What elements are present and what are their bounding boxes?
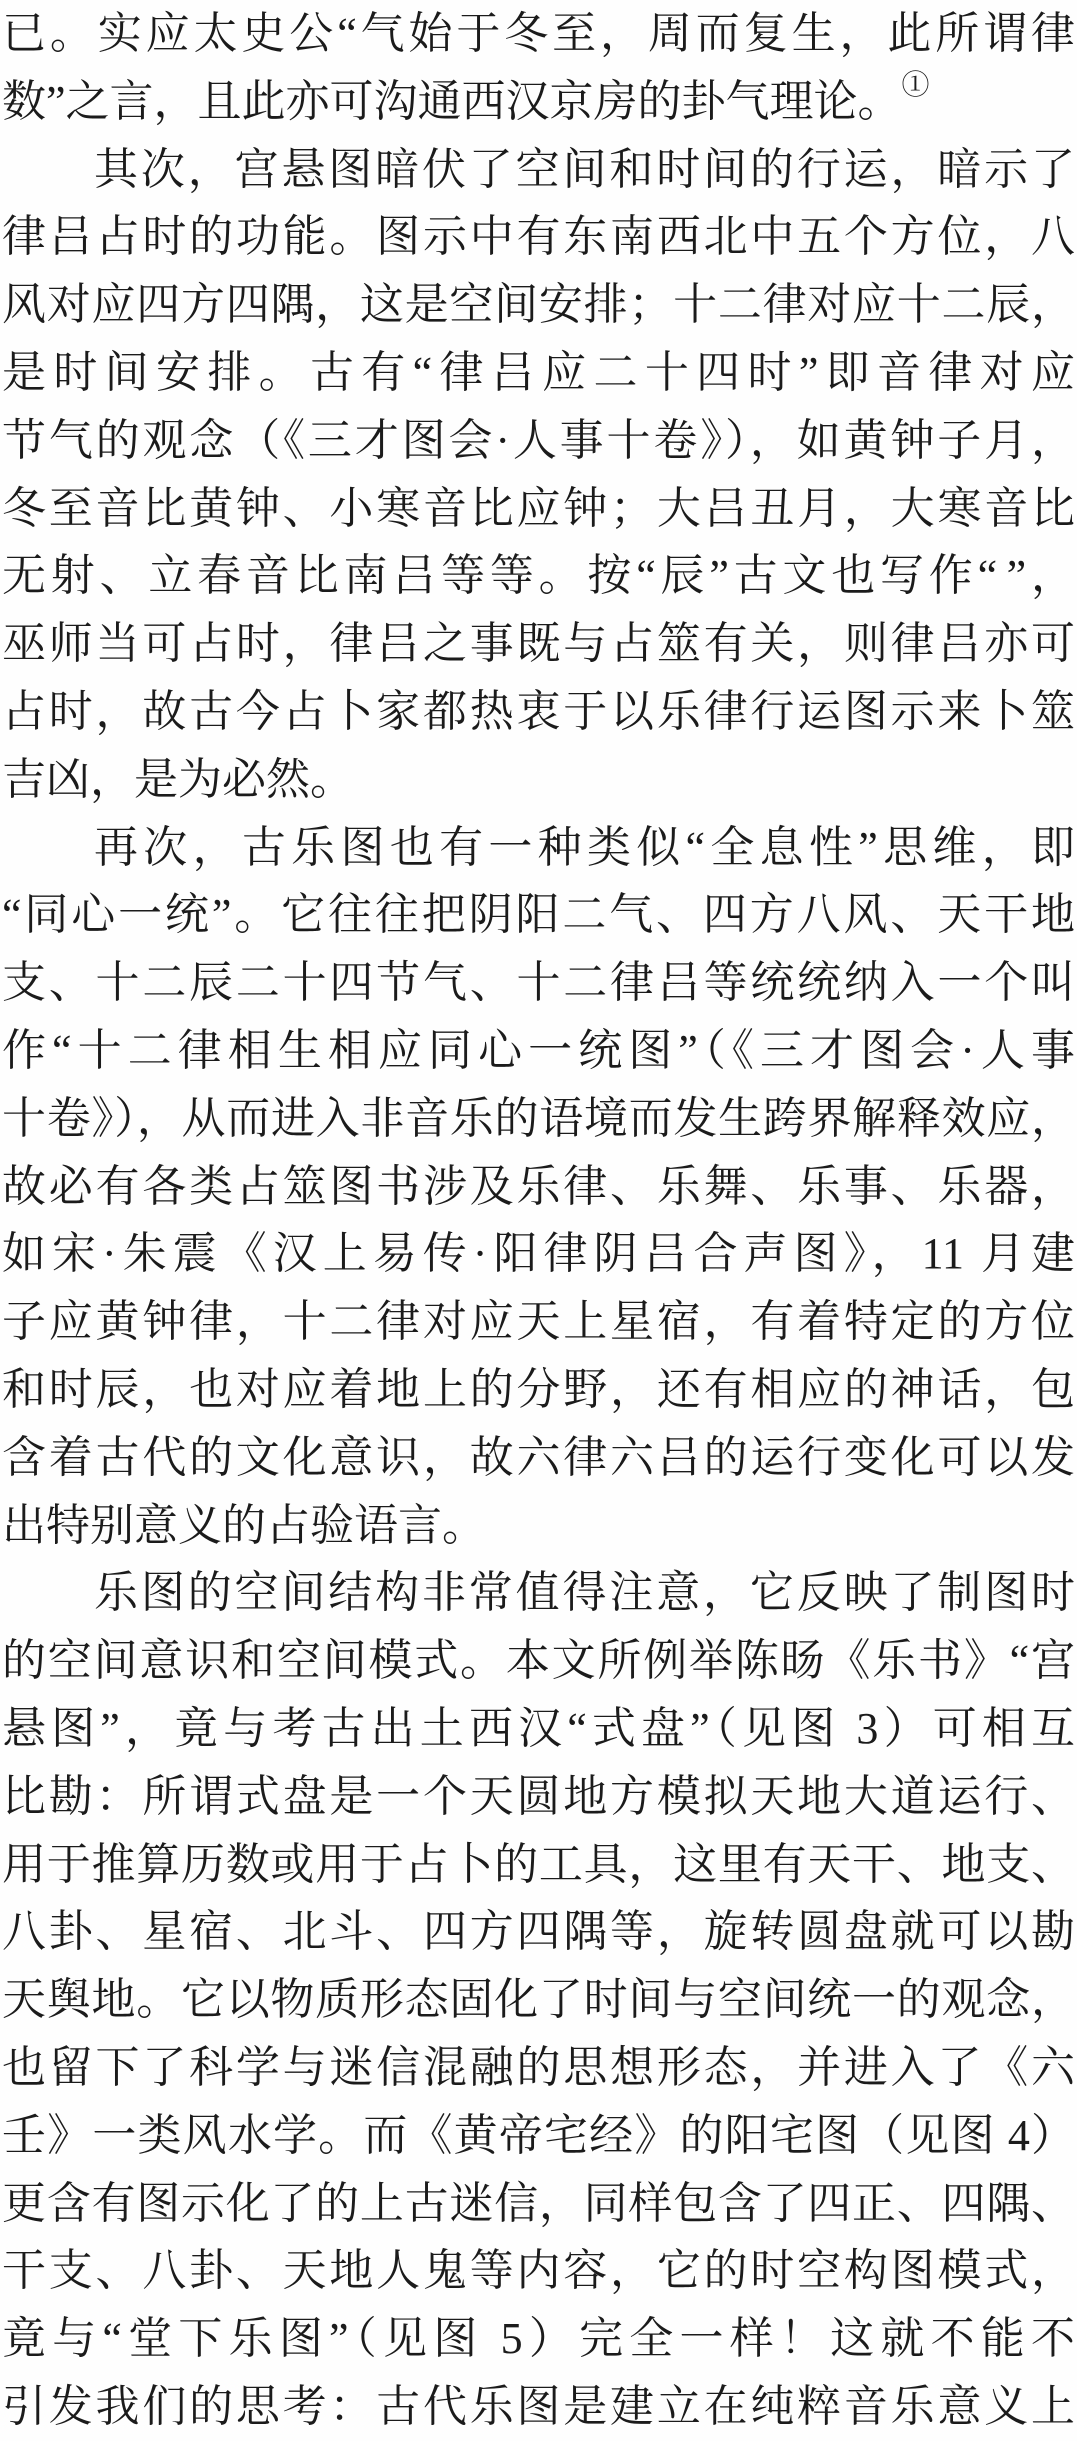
line-text: 如宋·朱震《汉上易传·阳律阴吕合声图》，11 月建: [2, 1229, 1075, 1278]
text-line: 是时间安排。古有“律吕应二十四时”即音律对应: [0, 339, 1077, 407]
paragraph: 再次，古乐图也有一种类似“全息性”思维，即“同心一统”。它往往把阴阳二气、四方八…: [0, 814, 1077, 1560]
line-text: 天舆地。它以物质形态固化了时间与空间统一的观念，: [2, 1975, 1075, 2024]
line-text: “同心一统”。它往往把阴阳二气、四方八风、天干地: [2, 890, 1075, 939]
text-line: 作“十二律相生相应同心一统图”（《三才图会·人事: [0, 1017, 1077, 1085]
line-text: 吉凶，是为必然。: [2, 755, 354, 804]
text-line: 的空间意识和空间模式。本文所例举陈旸《乐书》“宫: [0, 1627, 1077, 1695]
text-line: “同心一统”。它往往把阴阳二气、四方八风、天干地: [0, 881, 1077, 949]
text-line: 风对应四方四隅，这是空间安排；十二律对应十二辰，: [0, 271, 1077, 339]
text-line: 也留下了科学与迷信混融的思想形态，并进入了《六: [0, 2034, 1077, 2102]
text-line: 用于推算历数或用于占卜的工具，这里有天干、地支、: [0, 1831, 1077, 1899]
line-text: 是时间安排。古有“律吕应二十四时”即音律对应: [2, 348, 1075, 397]
line-text: 支、十二辰二十四节气、十二律吕等统统纳入一个叫: [2, 958, 1075, 1007]
line-text: 和时辰，也对应着地上的分野，还有相应的神话，包: [2, 1365, 1075, 1414]
line-text: 出特别意义的占验语言。: [2, 1501, 486, 1550]
line-text: 的空间意识和空间模式。本文所例举陈旸《乐书》“宫: [2, 1636, 1075, 1685]
line-text: 巫师当可占时，律吕之事既与占筮有关，则律吕亦可: [2, 619, 1075, 668]
text-line: 更含有图示化了的上古迷信，同样包含了四正、四隅、: [0, 2170, 1077, 2238]
text-line: 出特别意义的占验语言。: [0, 1492, 1077, 1560]
text-line: 八卦、星宿、北斗、四方四隅等，旋转圆盘就可以勘: [0, 1898, 1077, 1966]
line-text: 数”之言，且此亦可沟通西汉京房的卦气理论。: [2, 77, 902, 126]
line-text: 干支、八卦、天地人鬼等内容，它的时空构图模式，: [2, 2246, 1075, 2295]
text-line: 含着古代的文化意识，故六律六吕的运行变化可以发: [0, 1424, 1077, 1492]
text-line: 再次，古乐图也有一种类似“全息性”思维，即: [0, 814, 1077, 882]
line-text: 壬》一类风水学。而《黄帝宅经》的阳宅图（见图 4）: [2, 2111, 1075, 2160]
line-text: 比勘：所谓式盘是一个天圆地方模拟天地大道运行、: [2, 1772, 1075, 1821]
text-line: 吉凶，是为必然。: [0, 746, 1077, 814]
text-line: 和时辰，也对应着地上的分野，还有相应的神话，包: [0, 1356, 1077, 1424]
line-text: 乐图的空间结构非常值得注意，它反映了制图时: [94, 1568, 1075, 1617]
line-text: 其次，宫悬图暗伏了空间和时间的行运，暗示了: [94, 145, 1075, 194]
text-line: 引发我们的思考：古代乐图是建立在纯粹音乐意义上: [0, 2373, 1077, 2441]
line-text: 也留下了科学与迷信混融的思想形态，并进入了《六: [2, 2043, 1075, 2092]
line-text: 竟与“堂下乐图”（见图 5）完全一样！这就不能不: [2, 2314, 1075, 2363]
line-text: 无射、立春音比南吕等等。按“辰”古文也写作“𠨷”，: [2, 551, 1075, 600]
line-text: 风对应四方四隅，这是空间安排；十二律对应十二辰，: [2, 280, 1075, 329]
text-line: 数”之言，且此亦可沟通西汉京房的卦气理论。①: [0, 68, 1077, 136]
text-line: 支、十二辰二十四节气、十二律吕等统统纳入一个叫: [0, 949, 1077, 1017]
text-line: 比勘：所谓式盘是一个天圆地方模拟天地大道运行、: [0, 1763, 1077, 1831]
line-text: 再次，古乐图也有一种类似“全息性”思维，即: [94, 823, 1075, 872]
line-text: 十卷》），从而进入非音乐的语境而发生跨界解释效应，: [2, 1094, 1075, 1143]
paragraph: 其次，宫悬图暗伏了空间和时间的行运，暗示了律吕占时的功能。图示中有东南西北中五个…: [0, 136, 1077, 814]
line-text: 占时，故古今占卜家都热衷于以乐律行运图示来卜筮: [2, 687, 1075, 736]
line-text: 作“十二律相生相应同心一统图”（《三才图会·人事: [2, 1026, 1075, 1075]
text-line: 壬》一类风水学。而《黄帝宅经》的阳宅图（见图 4）: [0, 2102, 1077, 2170]
line-text: 已。实应太史公“气始于冬至，周而复生，此所谓律: [2, 9, 1075, 58]
text-line: 天舆地。它以物质形态固化了时间与空间统一的观念，: [0, 1966, 1077, 2034]
line-text: 悬图”，竟与考古出土西汉“式盘”（见图 3）可相互: [2, 1704, 1075, 1753]
paragraph: 乐图的空间结构非常值得注意，它反映了制图时的空间意识和空间模式。本文所例举陈旸《…: [0, 1559, 1077, 2440]
text-line: 十卷》），从而进入非音乐的语境而发生跨界解释效应，: [0, 1085, 1077, 1153]
text-line: 干支、八卦、天地人鬼等内容，它的时空构图模式，: [0, 2237, 1077, 2305]
paragraph: 已。实应太史公“气始于冬至，周而复生，此所谓律数”之言，且此亦可沟通西汉京房的卦…: [0, 0, 1077, 136]
text-line: 占时，故古今占卜家都热衷于以乐律行运图示来卜筮: [0, 678, 1077, 746]
line-text: 冬至音比黄钟、小寒音比应钟；大吕丑月，大寒音比: [2, 484, 1075, 533]
text-line: 其次，宫悬图暗伏了空间和时间的行运，暗示了: [0, 136, 1077, 204]
document-page: 已。实应太史公“气始于冬至，周而复生，此所谓律数”之言，且此亦可沟通西汉京房的卦…: [0, 0, 1077, 2441]
text-line: 悬图”，竟与考古出土西汉“式盘”（见图 3）可相互: [0, 1695, 1077, 1763]
line-text: 故必有各类占筮图书涉及乐律、乐舞、乐事、乐器，: [2, 1162, 1075, 1211]
text-line: 乐图的空间结构非常值得注意，它反映了制图时: [0, 1559, 1077, 1627]
text-line: 子应黄钟律，十二律对应天上星宿，有着特定的方位: [0, 1288, 1077, 1356]
line-text: 引发我们的思考：古代乐图是建立在纯粹音乐意义上: [2, 2382, 1075, 2431]
text-line: 巫师当可占时，律吕之事既与占筮有关，则律吕亦可: [0, 610, 1077, 678]
line-text: 更含有图示化了的上古迷信，同样包含了四正、四隅、: [2, 2179, 1075, 2228]
line-text: 子应黄钟律，十二律对应天上星宿，有着特定的方位: [2, 1297, 1075, 1346]
text-line: 已。实应太史公“气始于冬至，周而复生，此所谓律: [0, 0, 1077, 68]
text-line: 无射、立春音比南吕等等。按“辰”古文也写作“𠨷”，: [0, 542, 1077, 610]
line-text: 用于推算历数或用于占卜的工具，这里有天干、地支、: [2, 1840, 1075, 1889]
footnote-marker: ①: [902, 70, 930, 101]
line-text: 八卦、星宿、北斗、四方四隅等，旋转圆盘就可以勘: [2, 1907, 1075, 1956]
line-text: 律吕占时的功能。图示中有东南西北中五个方位，八: [2, 212, 1075, 261]
line-text: 含着古代的文化意识，故六律六吕的运行变化可以发: [2, 1433, 1075, 1482]
line-text: 节气的观念（《三才图会·人事十卷》），如黄钟子月，: [2, 416, 1075, 465]
text-line: 冬至音比黄钟、小寒音比应钟；大吕丑月，大寒音比: [0, 475, 1077, 543]
text-line: 故必有各类占筮图书涉及乐律、乐舞、乐事、乐器，: [0, 1153, 1077, 1221]
text-line: 如宋·朱震《汉上易传·阳律阴吕合声图》，11 月建: [0, 1220, 1077, 1288]
text-line: 律吕占时的功能。图示中有东南西北中五个方位，八: [0, 203, 1077, 271]
text-line: 节气的观念（《三才图会·人事十卷》），如黄钟子月，: [0, 407, 1077, 475]
text-line: 竟与“堂下乐图”（见图 5）完全一样！这就不能不: [0, 2305, 1077, 2373]
